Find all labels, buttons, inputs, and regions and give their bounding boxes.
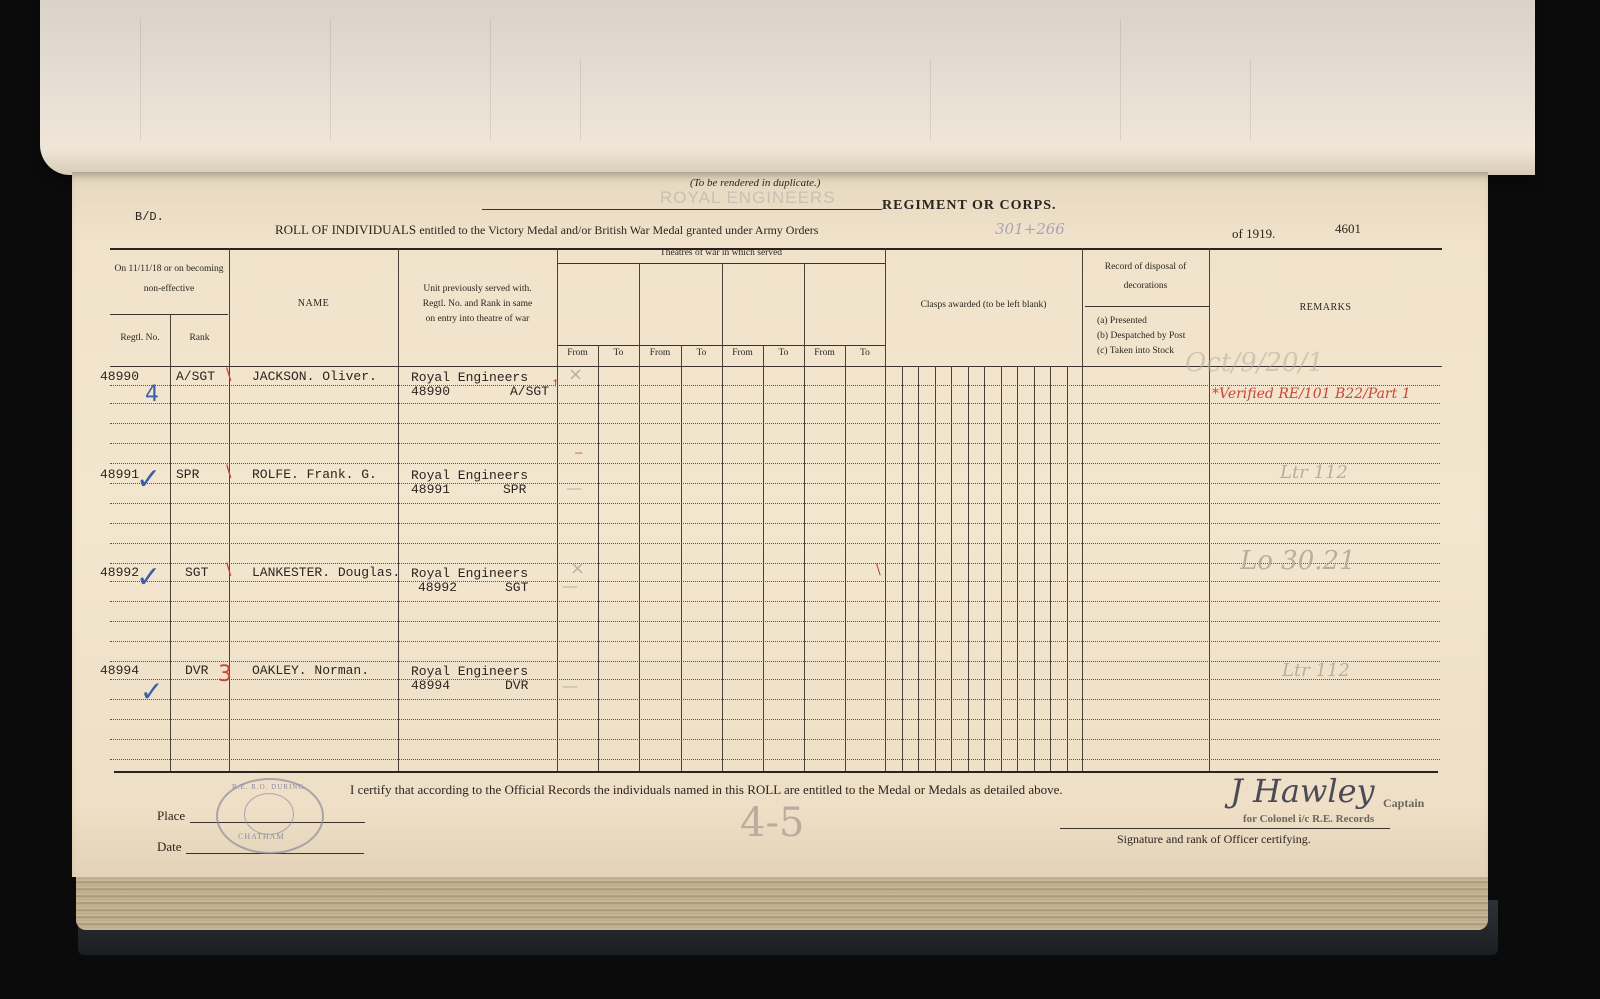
unit-no: 48992	[418, 580, 457, 595]
date-label: Date	[157, 839, 182, 855]
disposal-option-c: (c) Taken into Stock	[1097, 346, 1174, 356]
officer-signature: J Hawley	[1230, 772, 1375, 810]
col-theatres: Theatres of war in which served	[557, 248, 885, 258]
col-line	[598, 345, 599, 771]
pencil-dash: —	[566, 478, 582, 497]
red-rank-mark: 3	[218, 662, 232, 687]
unit-rank: A/SGT	[510, 384, 549, 399]
unit-no: 48991	[411, 482, 450, 497]
for-line: for Colonel i/c R.E. Records	[1243, 813, 1374, 825]
regtl-no: 48992	[100, 565, 139, 580]
unit-no: 48994	[411, 678, 450, 693]
clasp-line	[1001, 366, 1002, 771]
clasp-line	[1050, 366, 1051, 771]
clasp-line	[968, 366, 969, 771]
pencil-remark: Oct/9/20/1	[1185, 348, 1324, 378]
col-line	[1209, 248, 1210, 771]
rank: SPR	[176, 467, 199, 482]
clasp-line	[951, 366, 952, 771]
col-line	[804, 263, 805, 771]
place-label: Place	[157, 808, 185, 824]
disposal-option-b: (b) Despatched by Post	[1097, 331, 1185, 341]
form-code: B/D.	[135, 210, 164, 224]
upper-page-ghost-lines	[80, 20, 1480, 160]
unit-no: 48990	[411, 384, 450, 399]
regiment-stamp: ROYAL ENGINEERS	[660, 188, 836, 208]
col-from: From	[639, 348, 681, 358]
red-slash-mark: \	[876, 562, 881, 578]
col-regtl-no: Regtl. No.	[110, 333, 170, 343]
col-from: From	[804, 348, 845, 358]
regtl-no: 48990	[100, 369, 139, 384]
unit-rank: DVR	[505, 678, 528, 693]
col-name: NAME	[229, 298, 398, 309]
margin-check-mark: ✓	[136, 560, 161, 595]
regiment-underline	[482, 209, 882, 210]
pencil-dash: —	[562, 676, 578, 695]
red-tick-mark: \	[226, 364, 231, 383]
col-line	[681, 345, 682, 771]
regiment-label: REGIMENT OR CORPS.	[882, 198, 1056, 214]
roll-year: of 1919.	[1232, 226, 1275, 242]
regtl-no: 48991	[100, 467, 139, 482]
col-line	[639, 263, 640, 771]
col-unit-3: on entry into theatre of war	[398, 314, 557, 324]
signature-line	[1060, 828, 1390, 829]
name: JACKSON. Oliver.	[252, 369, 377, 384]
col-group-effective: On 11/11/18 or on becoming	[110, 264, 228, 274]
margin-check-mark: ✓	[136, 462, 161, 497]
col-line	[229, 248, 230, 771]
dagger-mark: †	[553, 378, 558, 389]
roll-title: ROLL OF INDIVIDUALS entitled to the Vict…	[275, 222, 818, 238]
pencil-cross: ×	[568, 364, 583, 385]
col-disposal-1: Record of disposal of	[1082, 262, 1209, 272]
col-unit-1: Unit previously served with.	[398, 284, 557, 294]
margin-mark: 4	[145, 382, 159, 407]
col-rank: Rank	[170, 333, 229, 343]
col-to: To	[763, 348, 804, 358]
regtl-no: 48994	[100, 663, 139, 678]
page-edges	[76, 870, 1488, 930]
col-group-effective-2: non-effective	[110, 284, 228, 294]
red-dash-mark: ⁻	[574, 446, 584, 467]
disposal-option-a: (a) Presented	[1097, 316, 1147, 326]
rank: A/SGT	[176, 369, 215, 384]
army-orders-ref: 301+266	[995, 220, 1065, 238]
officer-rank: Captain	[1383, 796, 1424, 811]
unit: Royal Engineers	[411, 370, 528, 385]
col-disposal-2: decorations	[1082, 281, 1209, 291]
col-line	[763, 345, 764, 771]
clasp-line	[935, 366, 936, 771]
clasp-line	[984, 366, 985, 771]
remark: *Verified RE/101 B22/Part 1	[1212, 386, 1411, 402]
col-to: To	[681, 348, 722, 358]
pencil-dash: —	[562, 576, 578, 595]
clasp-line	[1017, 366, 1018, 771]
col-to: To	[845, 348, 885, 358]
clasp-line	[1034, 366, 1035, 771]
col-from: From	[722, 348, 763, 358]
rank: SGT	[185, 565, 208, 580]
theatres-rule	[557, 263, 885, 264]
roll-title-main: ROLL OF INDIVIDUALS	[275, 222, 416, 237]
col-clasps: Clasps awarded (to be left blank)	[885, 300, 1082, 310]
col-line	[398, 248, 399, 771]
roll-subtitle: entitled to the Victory Medal and/or Bri…	[419, 223, 818, 237]
page-number: 4601	[1335, 221, 1361, 237]
red-tick-mark: \	[226, 461, 231, 480]
unit: Royal Engineers	[411, 566, 528, 581]
clasp-line	[918, 366, 919, 771]
col-line	[845, 345, 846, 771]
name: LANKESTER. Douglas.	[252, 565, 400, 580]
pencil-remark: Ltr 112	[1282, 660, 1350, 681]
unit: Royal Engineers	[411, 468, 528, 483]
rank: DVR	[185, 663, 208, 678]
stamp-bottom-text: CHATHAM	[238, 832, 285, 841]
name: OAKLEY. Norman.	[252, 663, 369, 678]
clasp-line	[1067, 366, 1068, 771]
col-to: To	[598, 348, 639, 358]
unit-rank: SPR	[503, 482, 526, 497]
clasp-line	[902, 366, 903, 771]
unit: Royal Engineers	[411, 664, 528, 679]
unit-rank: SGT	[505, 580, 528, 595]
margin-check-mark: ✓	[140, 675, 163, 708]
name: ROLFE. Frank. G.	[252, 467, 377, 482]
signature-label: Signature and rank of Officer certifying…	[1117, 832, 1311, 847]
col-line	[557, 248, 558, 771]
red-tick-mark: \	[226, 559, 231, 578]
col-line	[1082, 248, 1083, 771]
col-from: From	[557, 348, 598, 358]
col-line	[885, 248, 886, 771]
effective-rule	[110, 314, 228, 315]
pencil-count: 4-5	[740, 800, 804, 846]
chatham-stamp-inner	[244, 793, 294, 835]
col-line	[722, 263, 723, 771]
col-unit-2: Regtl. No. and Rank in same	[398, 299, 557, 309]
certification-text: I certify that according to the Official…	[350, 782, 1063, 798]
stamp-top-text: R.E. R.O. DURING	[232, 783, 304, 791]
pencil-remark: Lo 30.21	[1240, 546, 1356, 576]
pencil-remark: Ltr 112	[1280, 462, 1348, 483]
from-to-rule	[557, 345, 885, 346]
col-remarks: REMARKS	[1209, 302, 1442, 313]
disposal-rule	[1085, 306, 1209, 307]
